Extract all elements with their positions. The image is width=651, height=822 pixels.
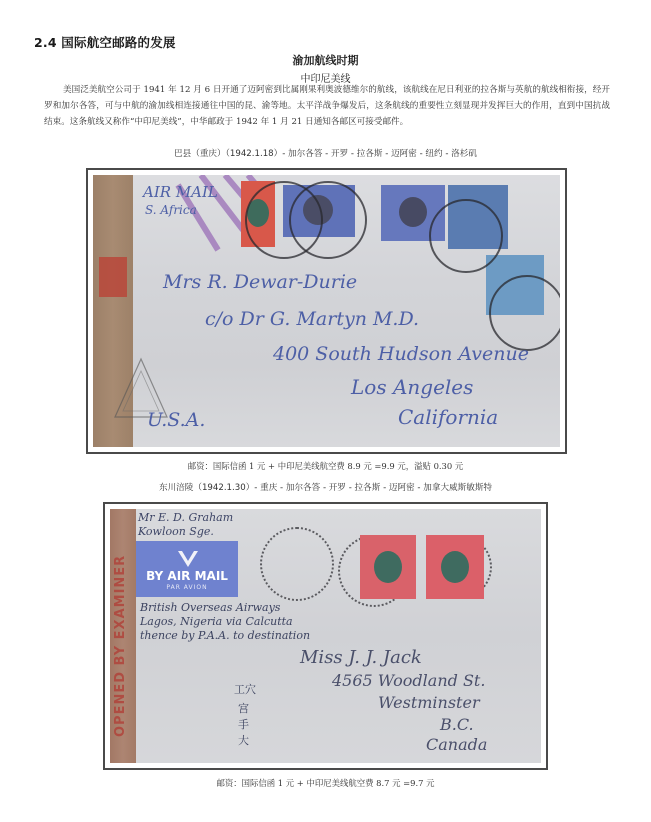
address-line-1: Mrs R. Dewar-Durie bbox=[163, 271, 357, 293]
address-line-4: B.C. bbox=[440, 715, 474, 734]
address-line-3: 400 South Hudson Avenue bbox=[273, 343, 529, 365]
airmail-label-subtitle: PAR AVION bbox=[136, 584, 238, 591]
routing-note-1: British Overseas Airways bbox=[140, 601, 280, 614]
routing-note-3: thence by P.A.A. to destination bbox=[140, 629, 310, 642]
routing-note-2: Lagos, Nigeria via Calcutta bbox=[140, 615, 293, 628]
postmark bbox=[260, 527, 334, 601]
cover-2-envelope: OPENED BY EXAMINER Mr E. D. Graham Kowlo… bbox=[110, 509, 541, 763]
postmark bbox=[289, 181, 367, 259]
censor-tape-text: OPENED BY EXAMINER bbox=[113, 555, 128, 737]
postmark bbox=[489, 275, 560, 351]
address-line-1: Miss J. J. Jack bbox=[300, 647, 422, 668]
cover-1-frame: AIR MAIL S. Africa Mrs R. Dewar-Durie c/… bbox=[86, 168, 567, 454]
cover-2-frame: OPENED BY EXAMINER Mr E. D. Graham Kowlo… bbox=[103, 502, 548, 770]
address-line-5: California bbox=[398, 405, 498, 429]
censor-tape: OPENED BY EXAMINER bbox=[110, 509, 136, 763]
airmail-label: BY AIR MAIL PAR AVION bbox=[136, 541, 238, 597]
address-line-3: Westminster bbox=[378, 693, 480, 712]
section-title: 2.4 国际航空邮路的发展 bbox=[34, 33, 176, 51]
sender-line-1: Mr E. D. Graham bbox=[138, 511, 233, 524]
chinese-note-1: 工穴 bbox=[234, 681, 256, 697]
stamp-red-2 bbox=[426, 535, 484, 599]
address-line-2: c/o Dr G. Martyn M.D. bbox=[205, 308, 419, 330]
wings-icon bbox=[174, 547, 202, 569]
censor-seal bbox=[99, 257, 127, 297]
cover-1-route: 巴县（重庆）（1942.1.18）- 加尔各答 - 开罗 - 拉各斯 - 迈阿密… bbox=[0, 147, 651, 159]
airmail-label-title: BY AIR MAIL bbox=[136, 569, 238, 583]
cover-2-postage: 邮资：国际信函 1 元 + 中印尼美线航空费 8.7 元 =9.7 元 bbox=[0, 777, 651, 789]
address-line-2: 4565 Woodland St. bbox=[332, 671, 485, 690]
chinese-note-2: 宫手大 bbox=[238, 701, 252, 749]
sender-line-2: Kowloon Sge. bbox=[138, 525, 214, 538]
cover-2-route: 东川涪陵（1942.1.30）- 重庆 - 加尔各答 - 开罗 - 拉各斯 - … bbox=[0, 481, 651, 493]
airmail-note: AIR MAIL bbox=[143, 183, 218, 201]
address-line-4: Los Angeles bbox=[351, 375, 473, 399]
address-line-5: Canada bbox=[426, 735, 487, 754]
intro-paragraph: 美国泛美航空公司于 1941 年 12 月 6 日开通了迈阿密到比属刚果利奥波德… bbox=[44, 82, 610, 130]
postmark bbox=[429, 199, 503, 273]
cover-1-envelope: AIR MAIL S. Africa Mrs R. Dewar-Durie c/… bbox=[93, 175, 560, 447]
cover-1-postage: 邮资：国际信函 1 元 + 中印尼美线航空费 8.9 元 =9.9 元，溢贴 0… bbox=[0, 460, 651, 472]
period-title: 渝加航线时期 bbox=[0, 52, 651, 68]
stamp-red-1 bbox=[360, 535, 416, 599]
route-note: S. Africa bbox=[145, 203, 197, 217]
address-country: U.S.A. bbox=[147, 409, 205, 431]
